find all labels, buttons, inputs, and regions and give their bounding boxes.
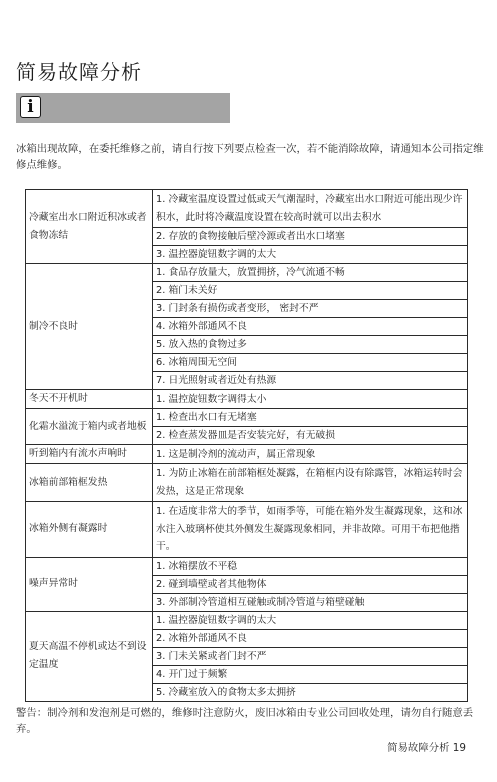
- symptom-cell: 冷藏室出水口附近积冰或者食物冻结: [26, 190, 153, 264]
- remedy-cell: 1. 冰箱摆放不平稳: [153, 557, 468, 575]
- remedy-cell: 2. 碰到墙壁或者其他物体: [153, 575, 468, 593]
- remedy-cell: 5. 放入热的食物过多: [153, 336, 468, 354]
- remedy-cell: 1. 食品存放量大，放置拥挤，冷气流通不畅: [153, 264, 468, 282]
- symptom-cell: 冰箱外侧有凝露时: [26, 502, 153, 558]
- table-row: 夏天高温不停机或达不到设定温度 1. 温控器旋钮数字调的太大: [26, 611, 468, 629]
- remedy-cell: 3. 门封条有损伤或者变形， 密封不严: [153, 300, 468, 318]
- info-banner: i: [16, 93, 230, 123]
- table-row: 冬天不开机时 1. 温控旋钮数字调得太小: [26, 390, 468, 409]
- page-title: 简易故障分析: [16, 56, 142, 85]
- table-row: 噪声异常时 1. 冰箱摆放不平稳: [26, 557, 468, 575]
- remedy-cell: 1. 检查出水口有无堵塞: [153, 409, 468, 427]
- remedy-cell: 1. 在适度非常大的季节，如雨季等，可能在箱外发生凝露现象，这和冰水注入玻璃杯使…: [153, 502, 468, 558]
- remedy-cell: 2. 检查蒸发器皿是否安装完好，有无破损: [153, 427, 468, 445]
- remedy-cell: 1. 冷藏室温度设置过低或天气潮湿时，冷藏室出水口附近可能出现少许积水，此时将冷…: [153, 190, 468, 228]
- remedy-cell: 1. 为防止冰箱在前部箱框处凝露，在箱框内设有除露管，冰箱运转时会发热，这是正常…: [153, 464, 468, 502]
- symptom-cell: 噪声异常时: [26, 557, 153, 611]
- remedy-cell: 2. 箱门未关好: [153, 282, 468, 300]
- remedy-cell: 1. 这是制冷剂的流动声，属正常现象: [153, 445, 468, 464]
- remedy-cell: 3. 外部制冷管道相互碰触或制冷管道与箱壁碰触: [153, 593, 468, 611]
- fault-table: 冷藏室出水口附近积冰或者食物冻结 1. 冷藏室温度设置过低或天气潮湿时，冷藏室出…: [25, 189, 468, 702]
- info-icon: i: [20, 96, 41, 118]
- remedy-cell: 2. 冰箱外部通风不良: [153, 629, 468, 647]
- table-row: 冰箱外侧有凝露时 1. 在适度非常大的季节，如雨季等，可能在箱外发生凝露现象，这…: [26, 502, 468, 558]
- table-row: 冰箱前部箱框发热 1. 为防止冰箱在前部箱框处凝露，在箱框内设有除露管，冰箱运转…: [26, 464, 468, 502]
- remedy-cell: 3. 门未关紧或者门封不严: [153, 647, 468, 665]
- symptom-cell: 冬天不开机时: [26, 390, 153, 409]
- table-row: 冷藏室出水口附近积冰或者食物冻结 1. 冷藏室温度设置过低或天气潮湿时，冷藏室出…: [26, 190, 468, 228]
- remedy-cell: 7. 日光照射或者近处有热源: [153, 372, 468, 390]
- symptom-cell: 夏天高温不停机或达不到设定温度: [26, 611, 153, 701]
- remedy-cell: 3. 温控器旋钮数字调的太大: [153, 246, 468, 264]
- table-row: 制冷不良时 1. 食品存放量大，放置拥挤，冷气流通不畅: [26, 264, 468, 282]
- remedy-cell: 1. 温控旋钮数字调得太小: [153, 390, 468, 409]
- page-footer: 简易故障分析 19: [387, 739, 466, 754]
- symptom-cell: 冰箱前部箱框发热: [26, 464, 153, 502]
- symptom-cell: 化霜水溢流于箱内或者地板: [26, 409, 153, 445]
- remedy-cell: 5. 冷藏室放入的食物太多太拥挤: [153, 683, 468, 701]
- remedy-cell: 4. 开门过于频繁: [153, 665, 468, 683]
- remedy-cell: 1. 温控器旋钮数字调的太大: [153, 611, 468, 629]
- symptom-cell: 制冷不良时: [26, 264, 153, 390]
- table-row: 化霜水溢流于箱内或者地板 1. 检查出水口有无堵塞: [26, 409, 468, 427]
- remedy-cell: 6. 冰箱周围无空间: [153, 354, 468, 372]
- table-row: 听到箱内有流水声响时 1. 这是制冷剂的流动声，属正常现象: [26, 445, 468, 464]
- warning-paragraph: 警告：制冷剂和发泡剂是可燃的，维修时注意防火，废旧冰箱由专业公司回收处理，请勿自…: [16, 705, 486, 737]
- remedy-cell: 2. 存放的食物接触后壁冷源或者出水口堵塞: [153, 228, 468, 246]
- remedy-cell: 4. 冰箱外部通风不良: [153, 318, 468, 336]
- intro-paragraph: 冰箱出现故障，在委托维修之前，请自行按下列要点检查一次，若不能消除故障，请通知本…: [16, 141, 486, 173]
- symptom-cell: 听到箱内有流水声响时: [26, 445, 153, 464]
